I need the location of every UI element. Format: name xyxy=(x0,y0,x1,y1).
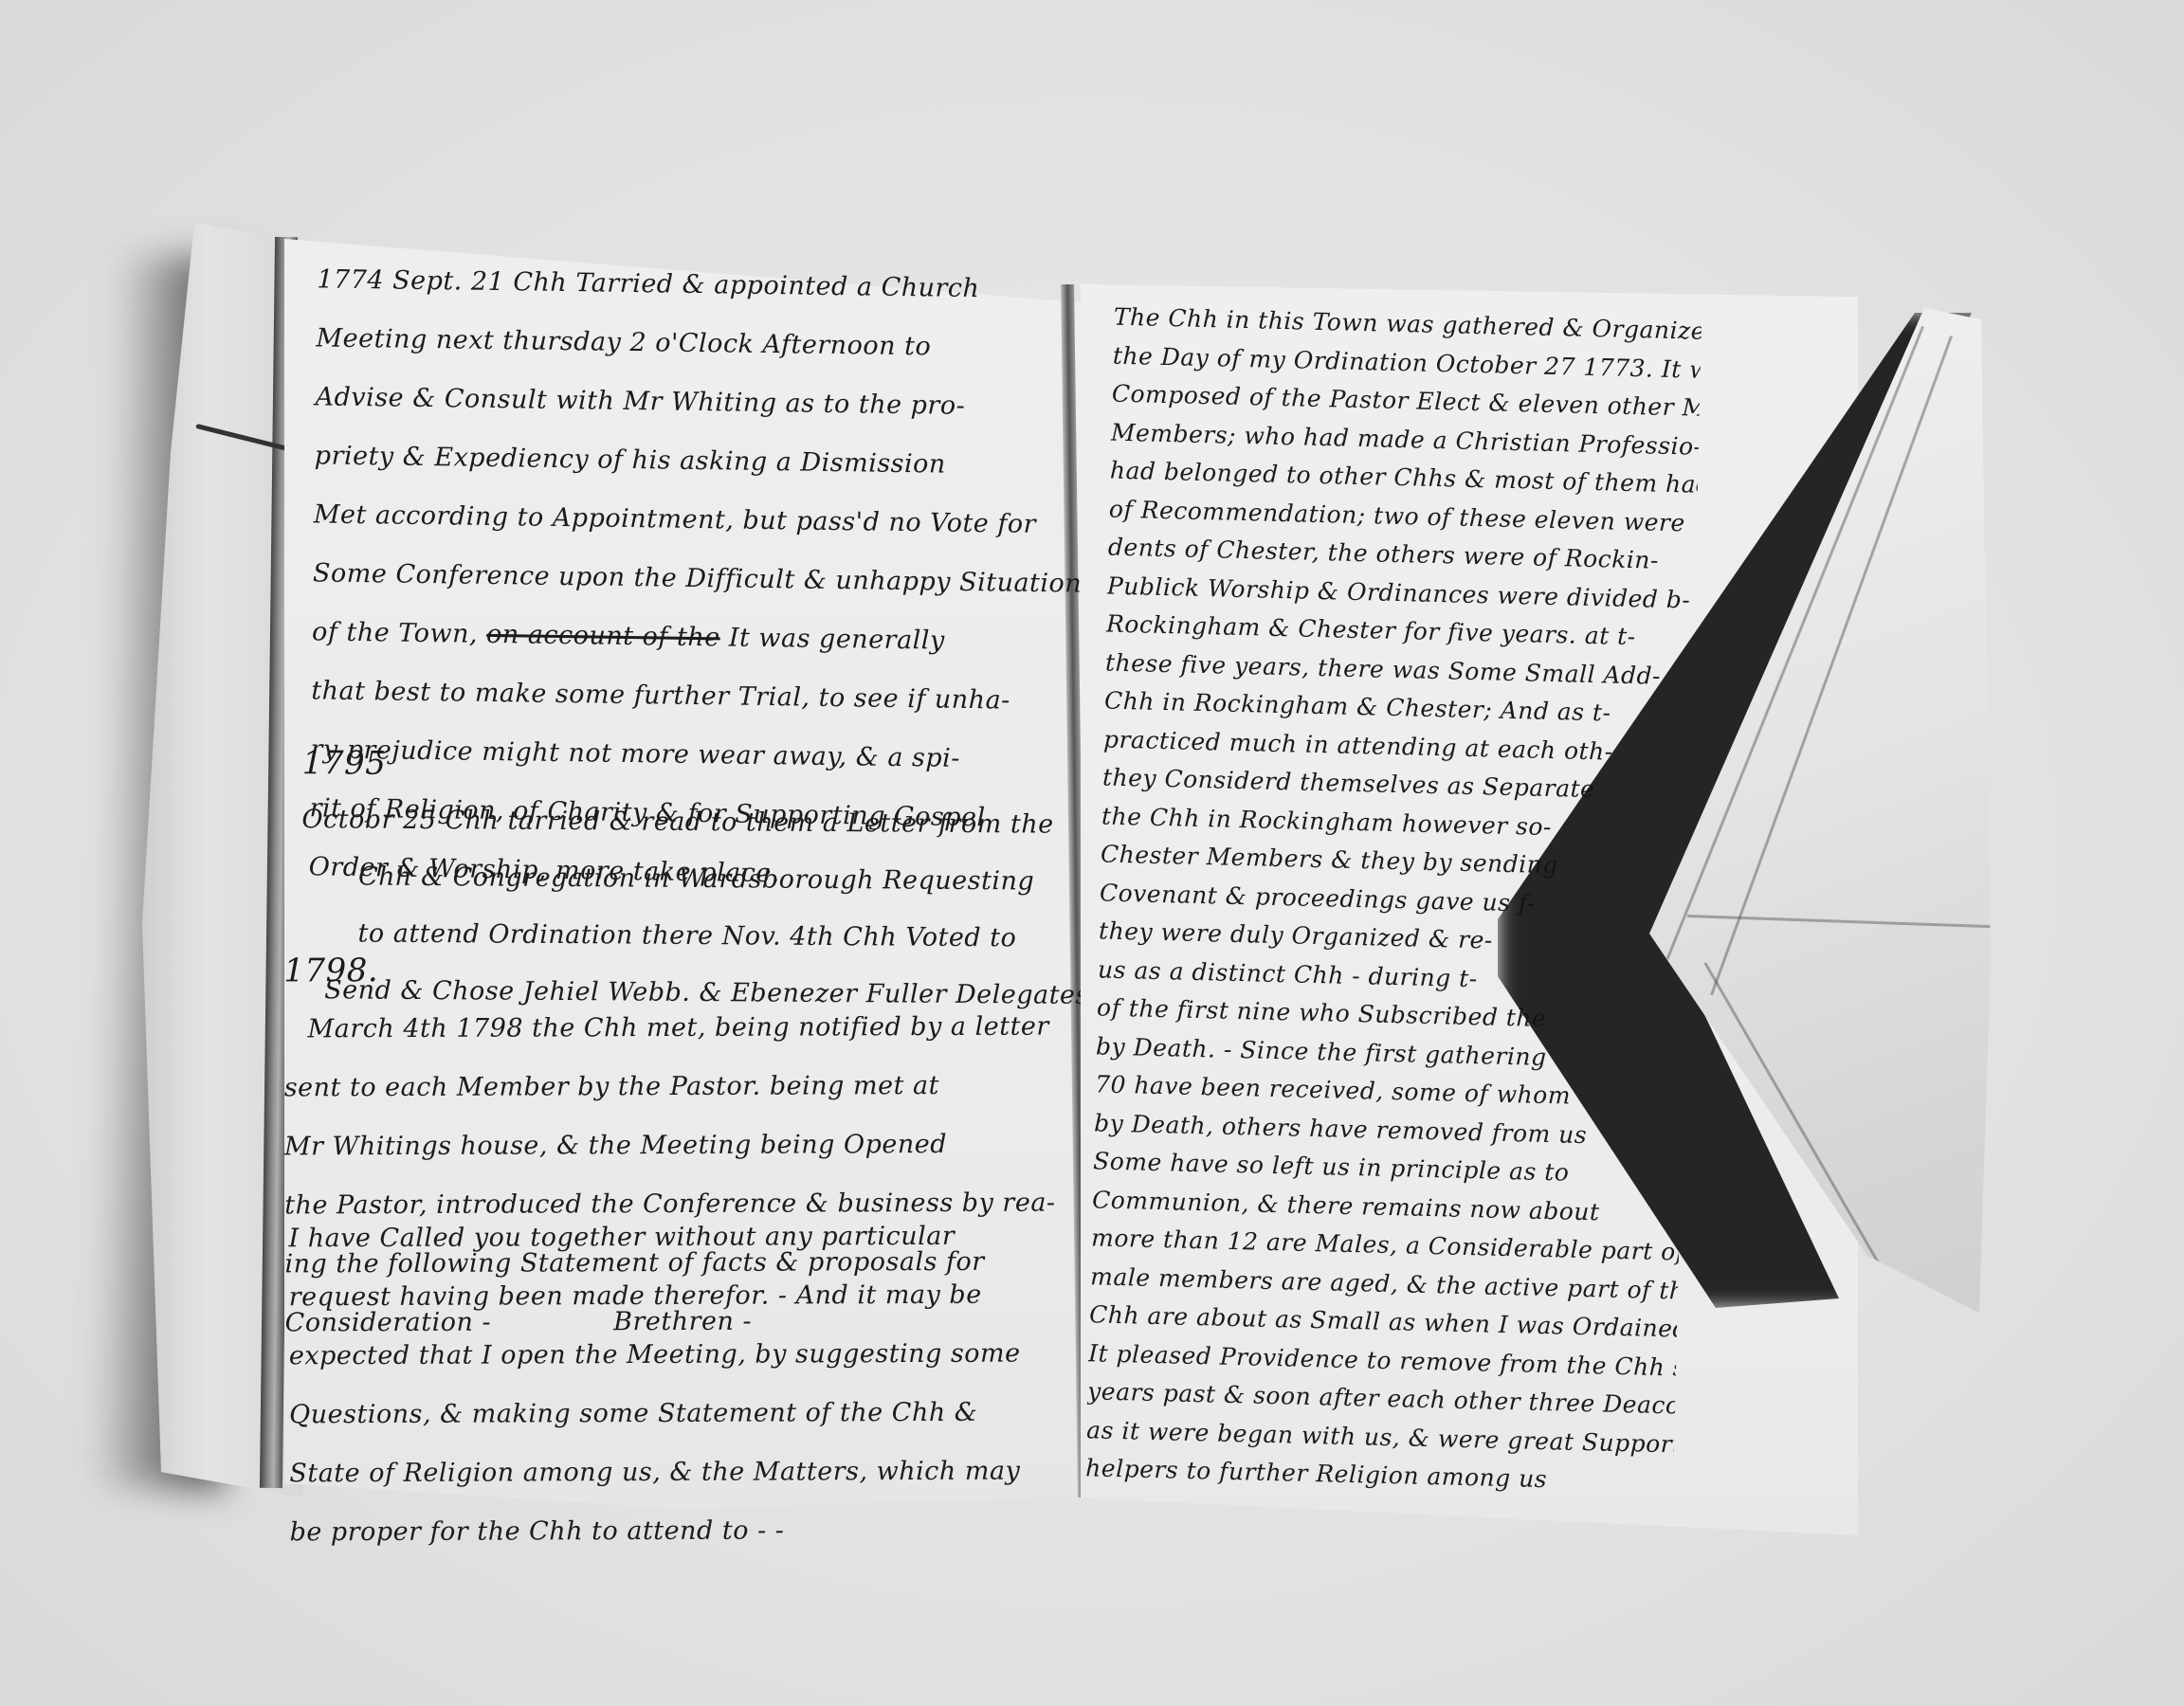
text-line: expected that I open the Meeting, by sug… xyxy=(265,1325,1021,1387)
flap-ruled-line xyxy=(1687,915,1991,928)
entry-year: 1795 xyxy=(302,735,1091,797)
text-line: Some Conference upon the Difficult & unh… xyxy=(313,544,1083,613)
struck-through-text: on account of the xyxy=(486,620,720,652)
text-line: 1774 Sept. 21 Chh Tarried & appointed a … xyxy=(317,250,1086,319)
text-line: priety & Expediency of his asking a Dism… xyxy=(314,426,1083,496)
entry-year: 1798. xyxy=(283,939,1055,1001)
text-line: Met according to Appointment, but pass'd… xyxy=(313,485,1083,554)
text-line: Questions, & making some Statement of th… xyxy=(265,1384,1021,1445)
text-line: of the Town, on account of the It was ge… xyxy=(312,603,1082,672)
text-fragment: It was generally xyxy=(729,623,945,655)
text-line: Octobr 25 Chh tarried & read to them a L… xyxy=(301,791,1090,854)
text-line: Chh & Congregation in Wardsborough Reque… xyxy=(301,848,1090,911)
text-line: request having been made therefor. - And… xyxy=(265,1266,1021,1328)
pastor-address: I have Called you together without any p… xyxy=(264,1207,1021,1563)
text-line: be proper for the Chh to attend to - - xyxy=(265,1501,1021,1563)
text-line: Meeting next thursday 2 o'Clock Afternoo… xyxy=(316,309,1085,378)
text-line: March 4th 1798 the Chh met, being notifi… xyxy=(283,998,1055,1060)
text-line: I have Called you together without any p… xyxy=(264,1207,1020,1269)
text-fragment: of the Town, xyxy=(312,617,478,648)
text-line: Advise & Consult with Mr Whiting as to t… xyxy=(315,368,1084,437)
text-line: sent to each Member by the Pastor. being… xyxy=(284,1057,1056,1118)
text-line: State of Religion among us, & the Matter… xyxy=(265,1443,1021,1504)
text-line: that best to make some further Trial, to… xyxy=(311,662,1081,731)
text-line: Mr Whitings house, & the Meeting being O… xyxy=(284,1116,1056,1177)
manuscript-photograph: 1774 Sept. 21 Chh Tarried & appointed a … xyxy=(0,0,2184,1706)
